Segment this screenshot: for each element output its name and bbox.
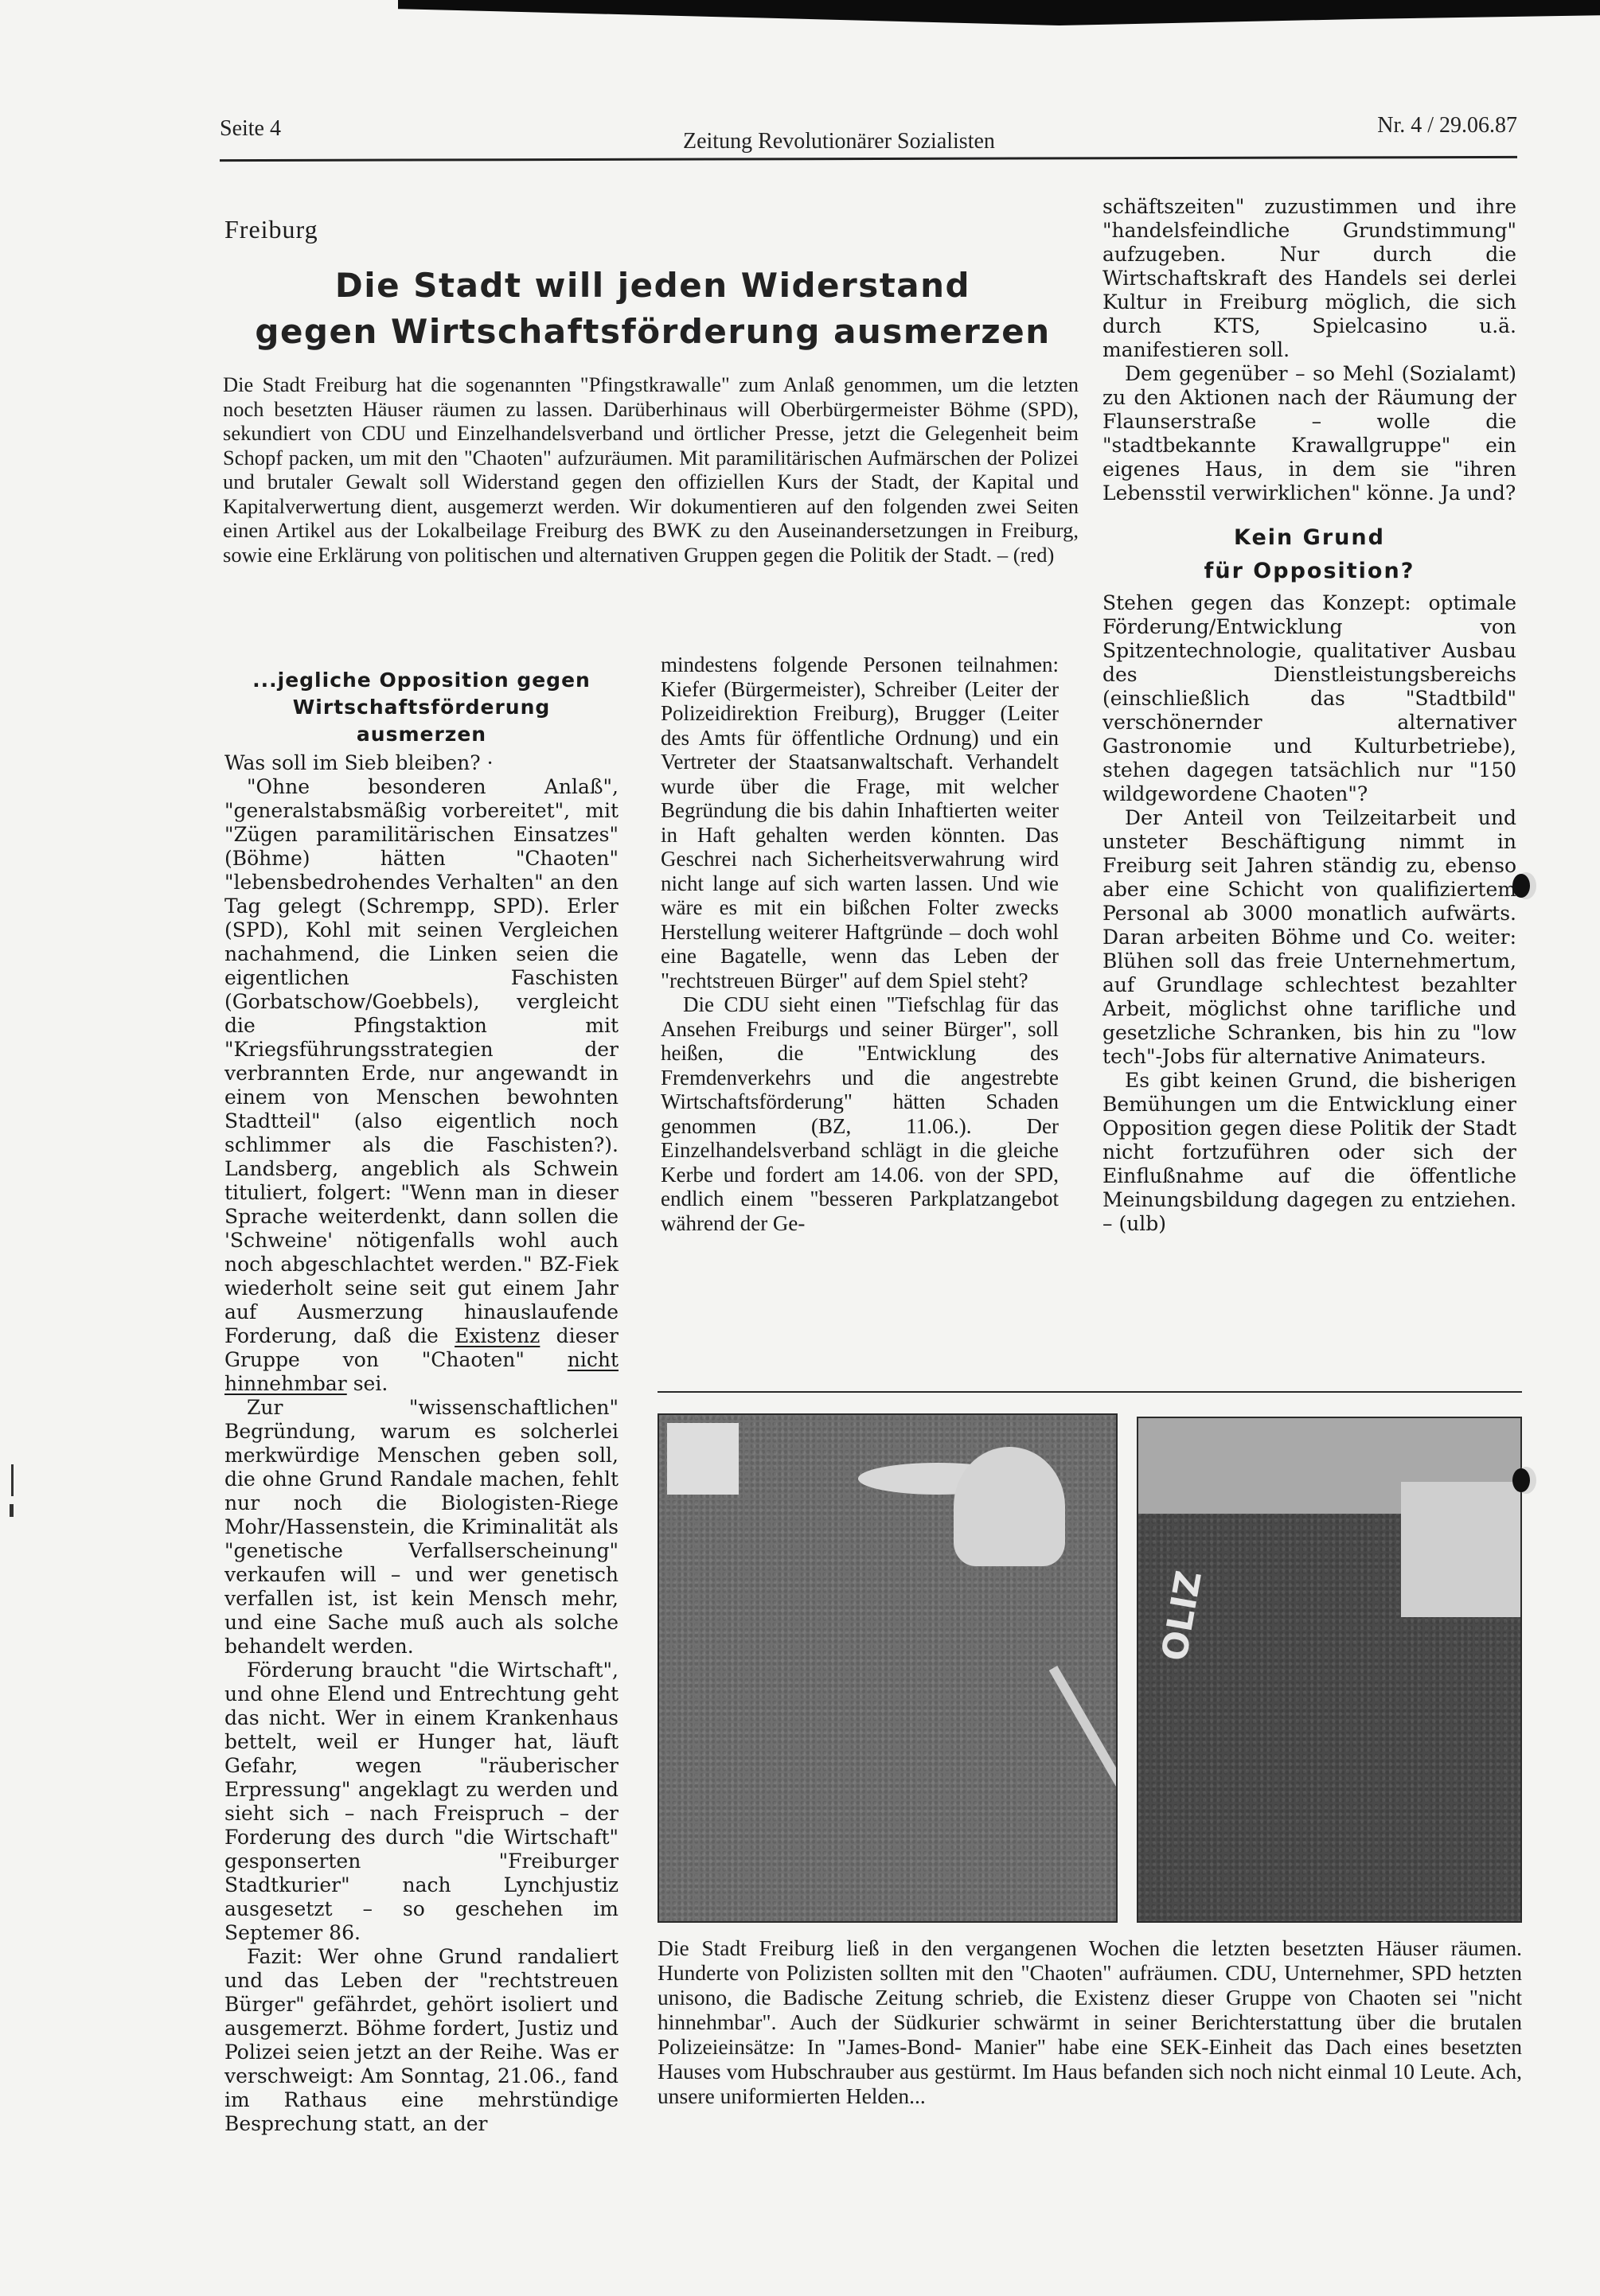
subhead-line-2: Wirtschaftsförderung ausmerzen xyxy=(224,694,619,748)
headline-line-1: Die Stadt will jeden Widerstand xyxy=(223,263,1083,309)
column-right: schäftszeiten" zuzustimmen und ihre "han… xyxy=(1102,195,1516,1236)
subhead-line-2: für Opposition? xyxy=(1102,555,1516,588)
paragraph: schäftszeiten" zuzustimmen und ihre "han… xyxy=(1102,195,1516,362)
column-right-subhead: Kein Grund für Opposition? xyxy=(1102,521,1516,588)
paragraph: Fazit: Wer ohne Grund randaliert und das… xyxy=(224,1945,619,2136)
headline-line-2: gegen Wirtschaftsförderung ausmerzen xyxy=(223,309,1083,355)
issue-date: Nr. 4 / 29.06.87 xyxy=(1377,113,1517,138)
article-kicker: Freiburg xyxy=(224,215,318,244)
paragraph-text: "Ohne besonderen Anlaß", "generalstabsmä… xyxy=(224,775,619,1347)
paragraph: Förderung braucht "die Wirtschaft", und … xyxy=(224,1659,619,1945)
paragraph-text: sei. xyxy=(353,1372,388,1395)
photo-helicopter: OLIZ xyxy=(1137,1417,1522,1923)
column-middle: mindestens folgende Personen teilnahmen:… xyxy=(661,653,1059,1235)
publication-title: Zeitung Revolutionärer Sozialisten xyxy=(683,129,995,154)
paragraph: Dem gegenüber – so Mehl (Sozialamt) zu d… xyxy=(1102,362,1516,505)
newspaper-page: Seite 4 Zeitung Revolutionärer Sozialist… xyxy=(0,0,1600,2296)
subhead-line-1: Kein Grund xyxy=(1102,521,1516,555)
running-head: Seite 4 Zeitung Revolutionärer Sozialist… xyxy=(220,111,1517,159)
column-left-subhead: ...jegliche Opposition gegen Wirtschafts… xyxy=(224,667,619,748)
photo-street-police xyxy=(658,1413,1118,1923)
margin-mark xyxy=(10,1504,14,1517)
paragraph: Die CDU sieht einen "Tiefschlag für das … xyxy=(661,992,1059,1235)
road-sign xyxy=(667,1423,739,1495)
photo-section-rule xyxy=(658,1391,1522,1393)
margin-mark xyxy=(11,1464,14,1496)
helicopter-cockpit xyxy=(1401,1482,1520,1617)
paragraph: Stehen gegen das Konzept: optimale Förde… xyxy=(1102,591,1516,806)
column-left: ...jegliche Opposition gegen Wirtschafts… xyxy=(224,667,619,2136)
article-headline: Die Stadt will jeden Widerstand gegen Wi… xyxy=(223,263,1083,355)
page-number: Seite 4 xyxy=(220,116,281,142)
lead-question: Was soll im Sieb bleiben? · xyxy=(224,751,619,775)
paragraph: mindestens folgende Personen teilnahmen:… xyxy=(661,653,1059,992)
paragraph: "Ohne besonderen Anlaß", "generalstabsmä… xyxy=(224,775,619,1396)
underlined-text: Existenz xyxy=(455,1324,540,1347)
article-intro: Die Stadt Freiburg hat die sogenannten "… xyxy=(223,372,1079,567)
scan-edge-shadow xyxy=(398,0,1600,25)
paragraph: Der Anteil von Teilzeitarbeit und unstet… xyxy=(1102,806,1516,1069)
punch-hole xyxy=(1512,1468,1530,1492)
subhead-line-1: ...jegliche Opposition gegen xyxy=(224,667,619,694)
paragraph: Zur "wissenschaftlichen" Begründung, war… xyxy=(224,1396,619,1659)
punch-hole xyxy=(1512,874,1530,898)
photo-caption: Die Stadt Freiburg ließ in den vergangen… xyxy=(658,1935,1522,2108)
umbrella xyxy=(954,1447,1065,1566)
paragraph: Es gibt keinen Grund, die bisherigen Bem… xyxy=(1102,1069,1516,1236)
